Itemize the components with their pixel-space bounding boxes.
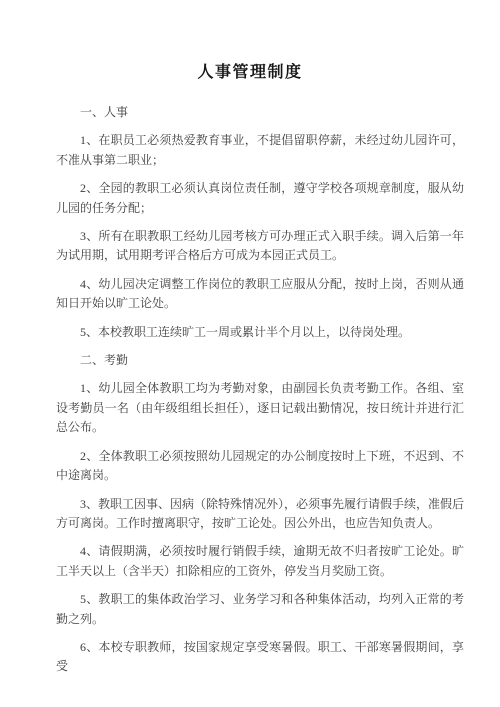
section-personnel: 一、人事 1、在职员工必须热爱教育事业，不提倡留职停薪，未经过幼儿园许可，不准从… (56, 103, 464, 342)
policy-item: 2、全园的教职工必须认真岗位责任制，遵守学校各项规章制度，服从幼儿园的任务分配； (56, 179, 464, 218)
section-heading-personnel: 一、人事 (56, 103, 464, 122)
section-attendance: 二、考勤 1、幼儿园全体教职工均为考勤对象，由副园长负责考勤工作。各组、室设考勤… (56, 351, 464, 677)
policy-item: 4、请假期满，必须按时履行销假手续，逾期无故不归者按旷工论处。旷工半天以上（含半… (56, 542, 464, 581)
document-title: 人事管理制度 (0, 61, 500, 85)
policy-item: 5、教职工的集体政治学习、业务学习和各种集体活动，均列入正常的考勤之列。 (56, 590, 464, 629)
policy-item: 3、教职工因事、因病（除特殊情况外），必须事先履行请假手续，准假后方可离岗。工作… (56, 495, 464, 534)
policy-item: 6、本校专职教师，按国家规定享受寒暑假。职工、干部寒暑假期间，享受 (56, 638, 464, 677)
section-heading-attendance: 二、考勤 (56, 351, 464, 370)
policy-item: 5、本校教职工连续旷工一周或累计半个月以上，以待岗处理。 (56, 323, 464, 342)
policy-item: 4、幼儿园决定调整工作岗位的教职工应服从分配，按时上岗，否则从通知日开始以旷工论… (56, 275, 464, 314)
policy-item: 2、全体教职工必须按照幼儿园规定的办公制度按时上下班，不迟到、不中途离岗。 (56, 447, 464, 486)
policy-item: 3、所有在职教职工经幼儿园考核方可办理正式入职手续。调入后第一年为试用期，试用期… (56, 227, 464, 266)
policy-item: 1、幼儿园全体教职工均为考勤对象，由副园长负责考勤工作。各组、室设考勤员一名（由… (56, 379, 464, 437)
document-page: 人事管理制度 一、人事 1、在职员工必须热爱教育事业，不提倡留职停薪，未经过幼儿… (0, 0, 500, 707)
policy-item: 1、在职员工必须热爱教育事业，不提倡留职停薪，未经过幼儿园许可，不准从事第二职业… (56, 131, 464, 170)
